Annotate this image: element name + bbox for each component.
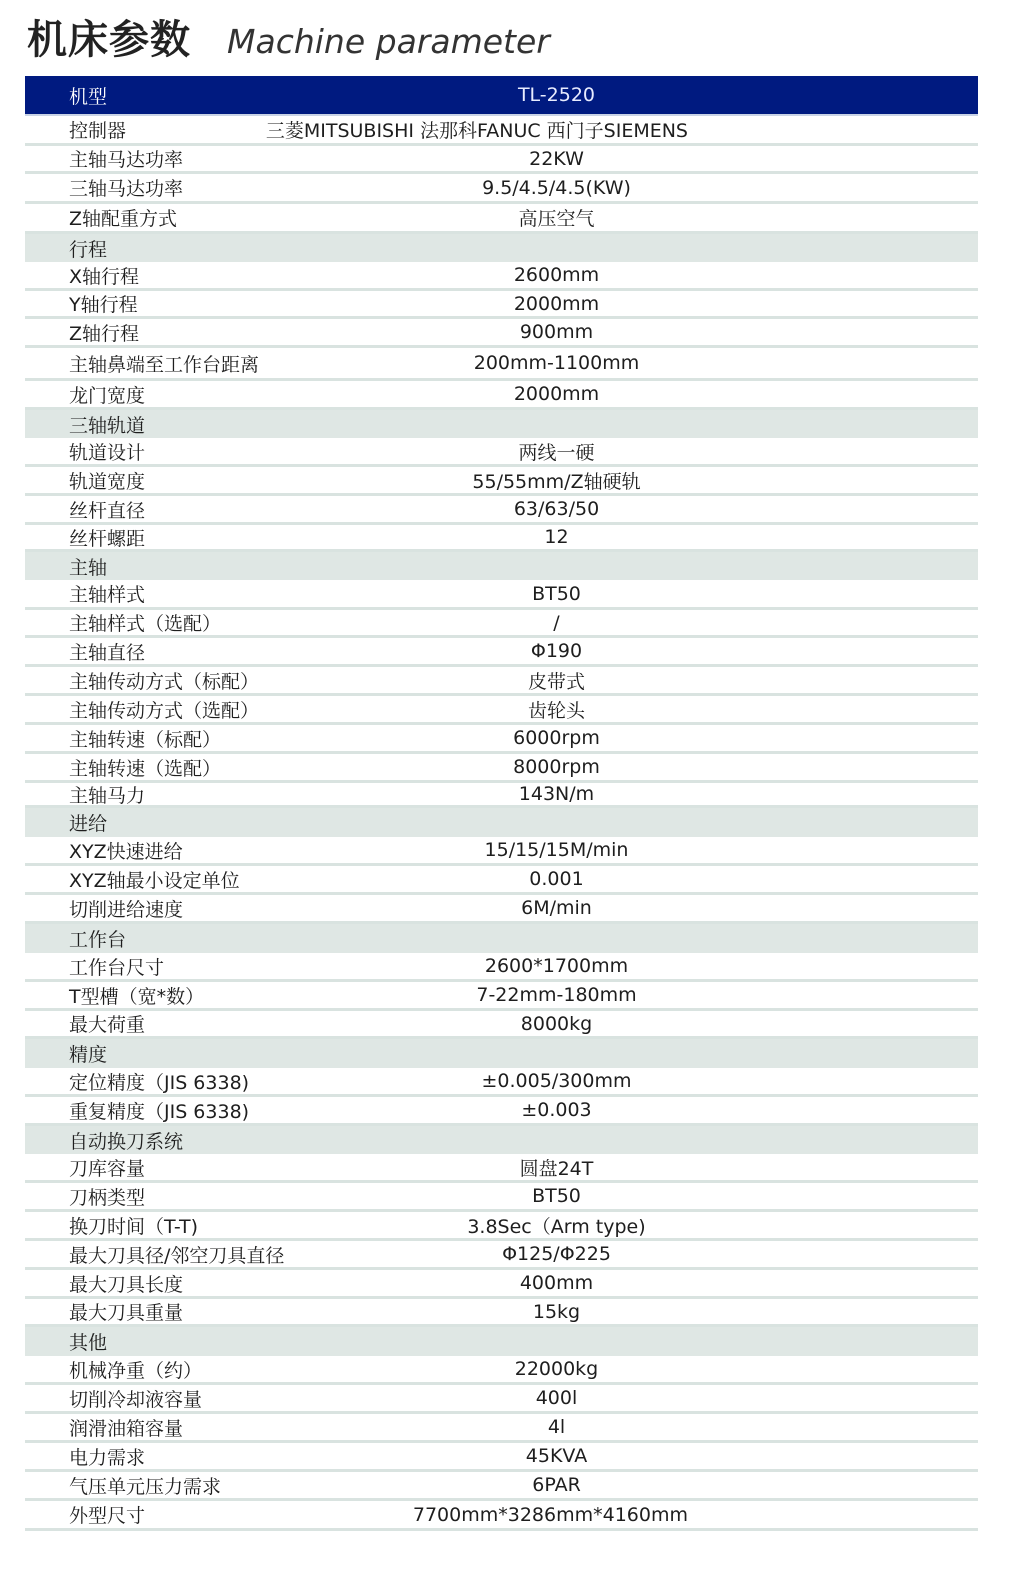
param-value: 2600mm <box>425 264 978 286</box>
param-label: 最大荷重 <box>25 1010 425 1037</box>
param-value: 7700mm*3286mm*4160mm <box>413 1504 978 1526</box>
param-value: 900mm <box>425 321 978 343</box>
param-value: 22KW <box>425 148 978 170</box>
param-label: 主轴马达功率 <box>25 145 425 172</box>
section-row: 自动换刀系统 <box>25 1126 978 1154</box>
param-value: 皮带式 <box>425 667 978 694</box>
param-label: 外型尺寸 <box>25 1501 413 1528</box>
param-value: 200mm-1100mm <box>425 352 978 374</box>
table-row: 龙门宽度2000mm <box>25 381 978 410</box>
param-value: 63/63/50 <box>425 498 978 520</box>
section-row: 主轴 <box>25 552 978 580</box>
param-label: 润滑油箱容量 <box>25 1414 425 1441</box>
section-title: 三轴轨道 <box>25 411 425 438</box>
table-row: 刀库容量圆盘24T <box>25 1154 978 1183</box>
table-row: 丝杆直径63/63/50 <box>25 496 978 525</box>
table-row: 主轴传动方式（选配）齿轮头 <box>25 696 978 725</box>
table-body: 控制器三菱MITSUBISHI 法那科FANUC 西门子SIEMENS主轴马达功… <box>25 116 978 1531</box>
section-row: 进给 <box>25 808 978 837</box>
table-row: 定位精度（JIS 6338)±0.005/300mm <box>25 1068 978 1097</box>
param-value: 圆盘24T <box>425 1154 978 1181</box>
table-row: 电力需求45KVA <box>25 1443 978 1472</box>
table-row: 主轴鼻端至工作台距离200mm-1100mm <box>25 348 978 381</box>
param-label: T型槽（宽*数） <box>25 982 425 1009</box>
param-value: Φ190 <box>425 640 978 662</box>
param-value: 6M/min <box>425 897 978 919</box>
param-value: BT50 <box>425 583 978 605</box>
table-row: 最大刀具径/邻空刀具直径Φ125/Φ225 <box>25 1241 978 1270</box>
table-row: 主轴样式（选配）/ <box>25 610 978 638</box>
table-row: 主轴转速（选配）8000rpm <box>25 754 978 783</box>
title-chinese: 机床参数 <box>27 8 191 65</box>
section-title: 工作台 <box>25 925 425 952</box>
param-label: 主轴样式 <box>25 580 425 607</box>
param-label: 轨道宽度 <box>25 467 425 494</box>
param-label: XYZ轴最小设定单位 <box>25 866 425 893</box>
page-title: 机床参数 Machine parameter <box>27 8 550 60</box>
param-value: 7-22mm-180mm <box>425 984 978 1006</box>
param-label: Z轴行程 <box>25 319 425 346</box>
param-label: 换刀时间（T-T) <box>25 1212 425 1239</box>
table-row: 三轴马达功率9.5/4.5/4.5(KW) <box>25 174 978 204</box>
param-label: 刀库容量 <box>25 1154 425 1181</box>
section-title: 进给 <box>25 809 425 836</box>
table-row: 主轴直径Φ190 <box>25 638 978 667</box>
param-label: 主轴传动方式（标配） <box>25 667 425 694</box>
table-row: 切削冷却液容量400l <box>25 1385 978 1414</box>
param-value: 9.5/4.5/4.5(KW) <box>425 177 978 199</box>
header-model: TL-2520 <box>425 84 978 106</box>
table-row: 最大荷重8000kg <box>25 1011 978 1039</box>
param-label: 主轴鼻端至工作台距离 <box>25 350 425 377</box>
table-row: Z轴行程900mm <box>25 319 978 348</box>
param-label: 最大刀具长度 <box>25 1270 425 1297</box>
param-label: X轴行程 <box>25 262 425 289</box>
table-row: T型槽（宽*数）7-22mm-180mm <box>25 982 978 1011</box>
table-row: 刀柄类型BT50 <box>25 1183 978 1212</box>
table-row: 主轴马达功率22KW <box>25 146 978 174</box>
section-row: 精度 <box>25 1039 978 1068</box>
param-label: 工作台尺寸 <box>25 953 425 980</box>
param-value: 8000rpm <box>425 756 978 778</box>
param-label: 气压单元压力需求 <box>25 1472 425 1499</box>
param-value: ±0.005/300mm <box>425 1070 978 1092</box>
param-value: 三菱MITSUBISHI 法那科FANUC 西门子SIEMENS <box>266 116 978 143</box>
param-value: BT50 <box>425 1185 978 1207</box>
section-title: 其他 <box>25 1328 425 1355</box>
param-label: 龙门宽度 <box>25 381 425 408</box>
param-value: 4l <box>425 1416 978 1438</box>
table-row: X轴行程2600mm <box>25 262 978 291</box>
param-label: 机械净重（约） <box>25 1356 425 1383</box>
table-row: XYZ快速进给15/15/15M/min <box>25 837 978 866</box>
table-header: 机型 TL-2520 <box>25 76 978 116</box>
param-label: 最大刀具重量 <box>25 1298 425 1325</box>
param-value: 2600*1700mm <box>425 955 978 977</box>
param-label: 刀柄类型 <box>25 1183 425 1210</box>
param-value: ±0.003 <box>425 1099 978 1121</box>
param-value: 400mm <box>425 1272 978 1294</box>
table-row: Y轴行程2000mm <box>25 291 978 319</box>
param-label: 主轴马力 <box>25 781 425 808</box>
param-label: 切削进给速度 <box>25 895 425 922</box>
table-row: 主轴马力143N/m <box>25 783 978 808</box>
param-label: 主轴直径 <box>25 638 425 665</box>
param-label: 主轴转速（标配） <box>25 725 425 752</box>
section-row: 三轴轨道 <box>25 410 978 438</box>
param-value: / <box>425 612 978 634</box>
param-value: 8000kg <box>425 1013 978 1035</box>
param-label: 重复精度（JIS 6338) <box>25 1097 425 1124</box>
parameter-table: 机型 TL-2520 控制器三菱MITSUBISHI 法那科FANUC 西门子S… <box>25 76 978 1531</box>
param-value: 12 <box>425 526 978 548</box>
section-title: 精度 <box>25 1040 425 1067</box>
table-row: XYZ轴最小设定单位0.001 <box>25 866 978 895</box>
param-label: 丝杆直径 <box>25 496 425 523</box>
param-value: Φ125/Φ225 <box>425 1243 978 1265</box>
param-label: 丝杆螺距 <box>25 524 425 551</box>
param-value: 高压空气 <box>425 204 978 231</box>
title-english: Machine parameter <box>227 22 550 61</box>
param-label: 主轴转速（选配） <box>25 754 425 781</box>
section-title: 自动换刀系统 <box>25 1127 425 1154</box>
table-row: 控制器三菱MITSUBISHI 法那科FANUC 西门子SIEMENS <box>25 116 978 146</box>
table-row: 主轴转速（标配）6000rpm <box>25 725 978 754</box>
param-value: 2000mm <box>425 293 978 315</box>
param-value: 6000rpm <box>425 727 978 749</box>
param-value: 55/55mm/Z轴硬轨 <box>425 467 978 494</box>
table-row: 外型尺寸7700mm*3286mm*4160mm <box>25 1501 978 1531</box>
table-row: 换刀时间（T-T)3.8Sec（Arm type) <box>25 1212 978 1241</box>
param-value: 143N/m <box>425 783 978 805</box>
table-row: 最大刀具长度400mm <box>25 1270 978 1299</box>
param-value: 45KVA <box>425 1445 978 1467</box>
param-label: XYZ快速进给 <box>25 837 425 864</box>
param-label: 电力需求 <box>25 1443 425 1470</box>
param-value: 22000kg <box>425 1358 978 1380</box>
section-title: 行程 <box>25 235 425 262</box>
param-label: 最大刀具径/邻空刀具直径 <box>25 1241 425 1268</box>
param-label: 控制器 <box>25 116 266 143</box>
table-row: Z轴配重方式高压空气 <box>25 204 978 234</box>
table-row: 机械净重（约）22000kg <box>25 1356 978 1385</box>
section-title: 主轴 <box>25 553 425 580</box>
param-label: 定位精度（JIS 6338) <box>25 1068 425 1095</box>
param-value: 400l <box>425 1387 978 1409</box>
param-value: 6PAR <box>425 1474 978 1496</box>
param-value: 15kg <box>425 1301 978 1323</box>
table-row: 主轴传动方式（标配）皮带式 <box>25 667 978 696</box>
table-row: 润滑油箱容量4l <box>25 1414 978 1443</box>
param-value: 0.001 <box>425 868 978 890</box>
param-label: Z轴配重方式 <box>25 204 425 231</box>
param-value: 15/15/15M/min <box>425 839 978 861</box>
table-row: 切削进给速度6M/min <box>25 895 978 924</box>
param-label: 三轴马达功率 <box>25 174 425 201</box>
section-row: 工作台 <box>25 924 978 953</box>
param-label: 切削冷却液容量 <box>25 1385 425 1412</box>
param-value: 齿轮头 <box>425 696 978 723</box>
param-label: 主轴样式（选配） <box>25 609 425 636</box>
table-row: 轨道宽度55/55mm/Z轴硬轨 <box>25 467 978 496</box>
param-label: 主轴传动方式（选配） <box>25 696 425 723</box>
param-value: 2000mm <box>425 383 978 405</box>
table-row: 最大刀具重量15kg <box>25 1299 978 1327</box>
table-row: 丝杆螺距12 <box>25 525 978 552</box>
table-row: 主轴样式BT50 <box>25 580 978 610</box>
header-label: 机型 <box>25 82 425 109</box>
section-row: 行程 <box>25 234 978 262</box>
table-row: 工作台尺寸2600*1700mm <box>25 953 978 982</box>
param-label: Y轴行程 <box>25 290 425 317</box>
table-row: 气压单元压力需求6PAR <box>25 1472 978 1501</box>
param-label: 轨道设计 <box>25 438 425 465</box>
param-value: 3.8Sec（Arm type) <box>425 1212 978 1239</box>
table-row: 轨道设计两线一硬 <box>25 438 978 467</box>
section-row: 其他 <box>25 1327 978 1356</box>
table-row: 重复精度（JIS 6338)±0.003 <box>25 1097 978 1126</box>
param-value: 两线一硬 <box>425 438 978 465</box>
